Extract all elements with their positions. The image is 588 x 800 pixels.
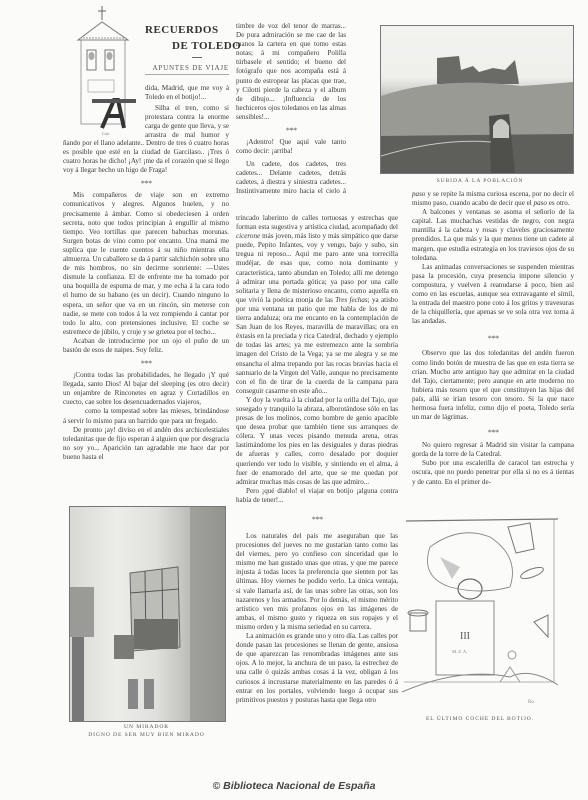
castle-photo-caption: SUBIDA Á LA POBLACIÓN	[395, 178, 565, 184]
article-subtitle: APUNTES DE VIAJE	[145, 64, 229, 75]
copyright-footer: © Biblioteca Nacional de España	[0, 780, 588, 792]
paragraph: Pero ¡qué diablo! el viajar en botijo ¡a…	[236, 487, 398, 505]
right-column: paso y se repite la misma curiosa escena…	[412, 190, 574, 487]
middle-column: trincado laberinto de calles tortuosas y…	[236, 214, 398, 705]
svg-text:Ro: Ro	[528, 700, 534, 705]
paragraph: No quiero regresar á Madrid sin visitar …	[412, 441, 574, 459]
paragraph: Las animadas conversaciones se suspenden…	[412, 263, 574, 327]
paragraph: trincado laberinto de calles tortuosas y…	[236, 214, 398, 396]
section-separator: * * *	[63, 359, 229, 368]
paragraph: Mis compañeros de viaje son en extremo c…	[63, 191, 229, 337]
newspaper-page: Cuit. RECUERDOS DE TOLEDO APUNTES DE VIA…	[0, 0, 588, 800]
middle-column-narrow: Un cadete, dos cadetes, tres cadetes... …	[236, 160, 346, 196]
paragraph: La animación es grande uno y otro día. L…	[236, 632, 398, 705]
title-divider	[192, 57, 202, 58]
paragraph: Acaban de introducirme por un ojo el puñ…	[63, 337, 229, 355]
castle-bridge-photo	[380, 25, 574, 174]
section-separator: * * *	[412, 334, 574, 343]
left-column-intro: dida, Madrid, que me voy á Toledo en el …	[145, 84, 229, 102]
paragraph: A balcones y ventanas se asoma el señorí…	[412, 208, 574, 263]
section-separator: * * *	[236, 126, 346, 135]
mirador-caption-line2: DIGNO DE SER MUY BIEN MIRADO	[69, 732, 224, 738]
paragraph: timbre de voz del tenor de marras... De …	[236, 22, 346, 122]
cartoon-door-number: III	[460, 631, 470, 642]
paragraph: Subo por una escalerilla de caracol tan …	[412, 459, 574, 486]
left-column: ñando por el llano adelante.. Dentro de …	[63, 139, 229, 462]
paragraph: Silba el tren, como si protestara contra…	[145, 104, 229, 140]
cartoon-door-label: M. Z. A.	[452, 649, 467, 654]
paragraph: Un cadete, dos cadetes, tres cadetes... …	[236, 160, 346, 196]
cartoon-illustration: III M. Z. A. Ro	[400, 517, 560, 712]
article-title-line2: DE TOLEDO	[172, 40, 241, 52]
section-separator: * * *	[63, 179, 229, 188]
paragraph: paso y se repite la misma curiosa escena…	[412, 190, 574, 208]
svg-text:Cuit.: Cuit.	[102, 131, 110, 136]
section-separator: * * *	[236, 515, 398, 524]
left-column-intro-2: Silba el tren, como si protestara contra…	[145, 104, 229, 140]
paragraph: ¡Adentro! Que aquí vale tanto como decir…	[236, 138, 346, 156]
mirador-photo	[69, 506, 226, 722]
paragraph: dida, Madrid, que me voy á Toledo en el …	[145, 84, 229, 102]
paragraph: como la tempestad sobre las mieses, brin…	[63, 407, 229, 425]
paragraph: De pronto ¡ay! diviso en el andén dos ar…	[63, 426, 229, 462]
cartoon-caption: EL ÚLTIMO COCHE DEL botijo.	[405, 716, 555, 722]
paragraph: ¡Contra todas las probabilidades, he lle…	[63, 371, 229, 407]
section-separator: * * *	[412, 428, 574, 437]
mirador-caption-line1: UN MIRADOR	[69, 724, 224, 730]
middle-column-top: timbre de voz del tenor de marras... De …	[236, 22, 346, 156]
paragraph: Observo que las dos toledanitas del andé…	[412, 349, 574, 422]
tower-illustration: Cuit.	[72, 4, 136, 142]
article-title-line1: RECUERDOS	[145, 24, 219, 36]
paragraph: Los naturales del país me aseguraban que…	[236, 532, 398, 632]
paragraph: Y doy la vuelta á la ciudad por la orill…	[236, 396, 398, 487]
paragraph: ñando por el llano adelante.. Dentro de …	[63, 139, 229, 175]
